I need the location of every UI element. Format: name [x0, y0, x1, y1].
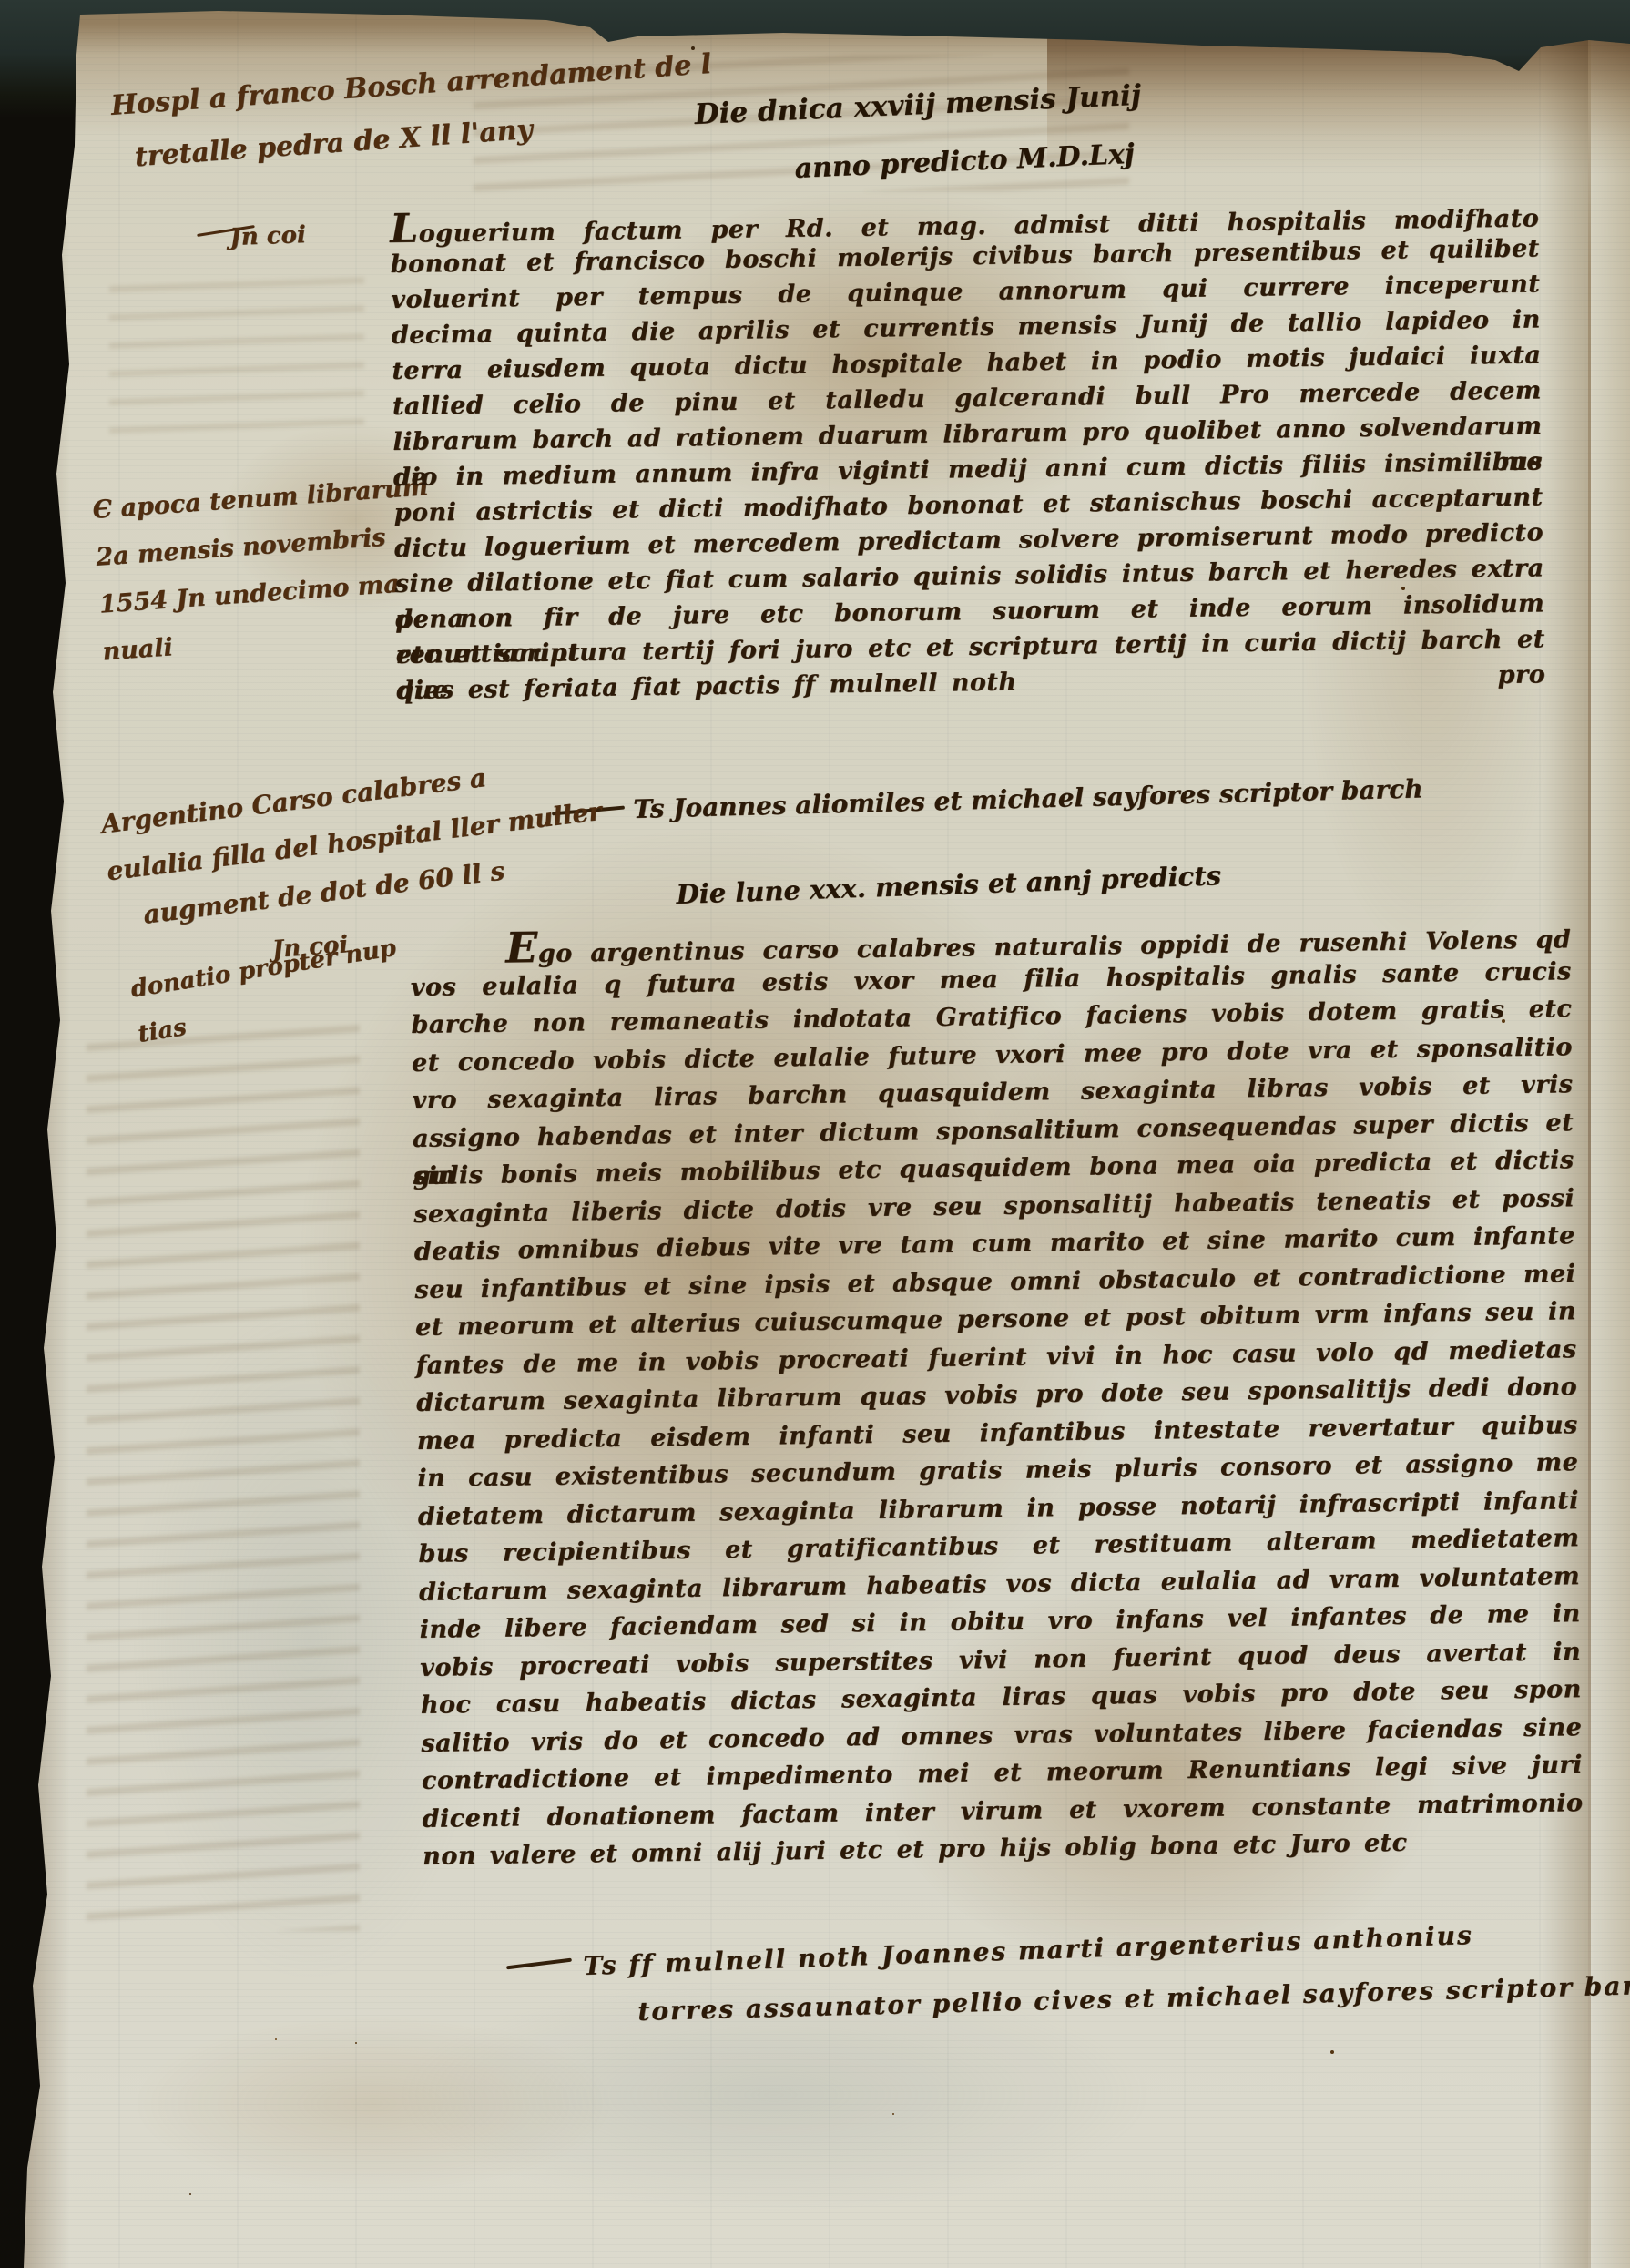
entry2-closing-line2: torres assaunator pellio cives et michae…	[637, 1969, 1630, 2027]
verso-bleedthrough	[87, 1020, 360, 1931]
entry2-body-paragraph: Ego argentinus carso calabres naturalis …	[410, 914, 1584, 1875]
photograph-of-manuscript-page: Hospl a franco Bosch arrendament de ltre…	[0, 0, 1630, 2268]
entry1-margin-side-note: Jn coi	[229, 221, 306, 251]
entry2-closing-line1: Ts ff mulnell noth Joannes marti argente…	[583, 1920, 1473, 1981]
ink-stain	[55, 1986, 692, 2222]
verso-bleedthrough	[109, 264, 364, 437]
closing-flourish-stroke	[506, 1958, 572, 1970]
entry1-apoca-margin-note: Є apoca tenum librarum2a mensis novembri…	[91, 464, 440, 676]
entry2-margin-title: Argentino Carso calabres aeulalia filla …	[98, 741, 610, 943]
right-edge-strip	[1591, 0, 1630, 2268]
entry2-date-heading: Die lune xxx. mensis et annj predicts	[676, 860, 1221, 910]
entry1-witness-line: Ts Joannes aliomiles et michael sayfores…	[633, 773, 1423, 824]
entry2-donatio-margin-note: donatio propter nuptias	[127, 925, 406, 1057]
entry1-date-heading-line2: anno predicto M.D.Lxj	[794, 138, 1135, 185]
left-edge-shading	[0, 0, 82, 2268]
entry1-body-paragraph: Loguerium factum per Rd. et mag. admist …	[390, 195, 1546, 709]
manuscript-paper-sheet: Hospl a franco Bosch arrendament de ltre…	[0, 0, 1630, 2268]
